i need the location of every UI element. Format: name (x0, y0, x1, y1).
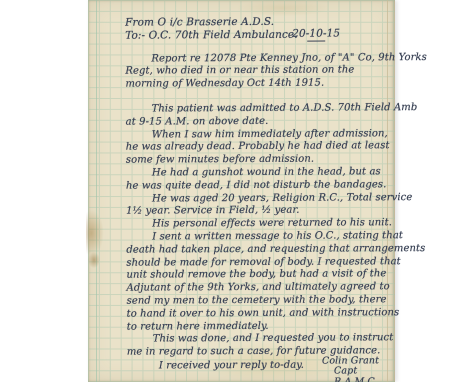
handwritten-line: morning of Wednesday Oct 14th 1915. (125, 77, 384, 91)
paragraph: Report re 12078 Pte Kenney Jno, of "A" C… (125, 52, 384, 92)
handwritten-line: Adjutant of the 9th Yorks, and ultimatel… (126, 281, 385, 295)
handwritten-line: send my men to the cemetery with the bod… (127, 294, 386, 308)
handwritten-line: to hand it over to his own unit, and wit… (127, 307, 386, 321)
handwritten-line: he was already dead. Probably he had die… (126, 141, 385, 155)
paragraph: He was aged 20 years, Religion R.C., Tot… (126, 192, 385, 219)
paragraph: I sent a written message to his O.C., st… (126, 230, 386, 334)
letter-date: 20-10-15 (292, 27, 340, 41)
closing-row: I received your reply to-day. Colin Gran… (127, 359, 386, 382)
signature-rank: Capt R.A.M.C. (322, 367, 386, 382)
handwritten-line: death had taken place, and requesting th… (126, 243, 385, 257)
letter-header: From O i/c Brasserie A.D.S. To:- O.C. 70… (125, 15, 384, 42)
handwritten-line: He had a gunshot wound in the head, but … (126, 166, 385, 180)
paragraph: He had a gunshot wound in the head, but … (126, 166, 385, 193)
signature-block: Colin Grant Capt R.A.M.C. (322, 356, 386, 382)
closing-line: I received your reply to-day. (159, 360, 304, 374)
to-line: To:- O.C. 70th Field Ambulance. (125, 28, 384, 42)
letter-content: From O i/c Brasserie A.D.S. To:- O.C. 70… (87, 0, 396, 382)
handwritten-line: I sent a written message to his O.C., st… (126, 230, 385, 244)
handwritten-line: he was quite dead, I did not disturb the… (126, 179, 385, 193)
handwritten-line: This patient was admitted to A.D.S. 70th… (126, 102, 385, 116)
paragraph: This patient was admitted to A.D.S. 70th… (126, 102, 385, 129)
photo-background: From O i/c Brasserie A.D.S. To:- O.C. 70… (0, 0, 468, 382)
paragraph: When I saw him immediately after admissi… (126, 128, 385, 168)
letter-body: Report re 12078 Pte Kenney Jno, of "A" C… (125, 52, 386, 360)
letter-paper: From O i/c Brasserie A.D.S. To:- O.C. 70… (88, 0, 395, 382)
handwritten-line: Regt, who died in or near this station o… (125, 65, 384, 79)
handwritten-line: He was aged 20 years, Religion R.C., Tot… (126, 192, 385, 206)
handwritten-line: His personal effects were returned to hi… (126, 217, 385, 231)
paragraph: His personal effects were returned to hi… (126, 217, 385, 231)
